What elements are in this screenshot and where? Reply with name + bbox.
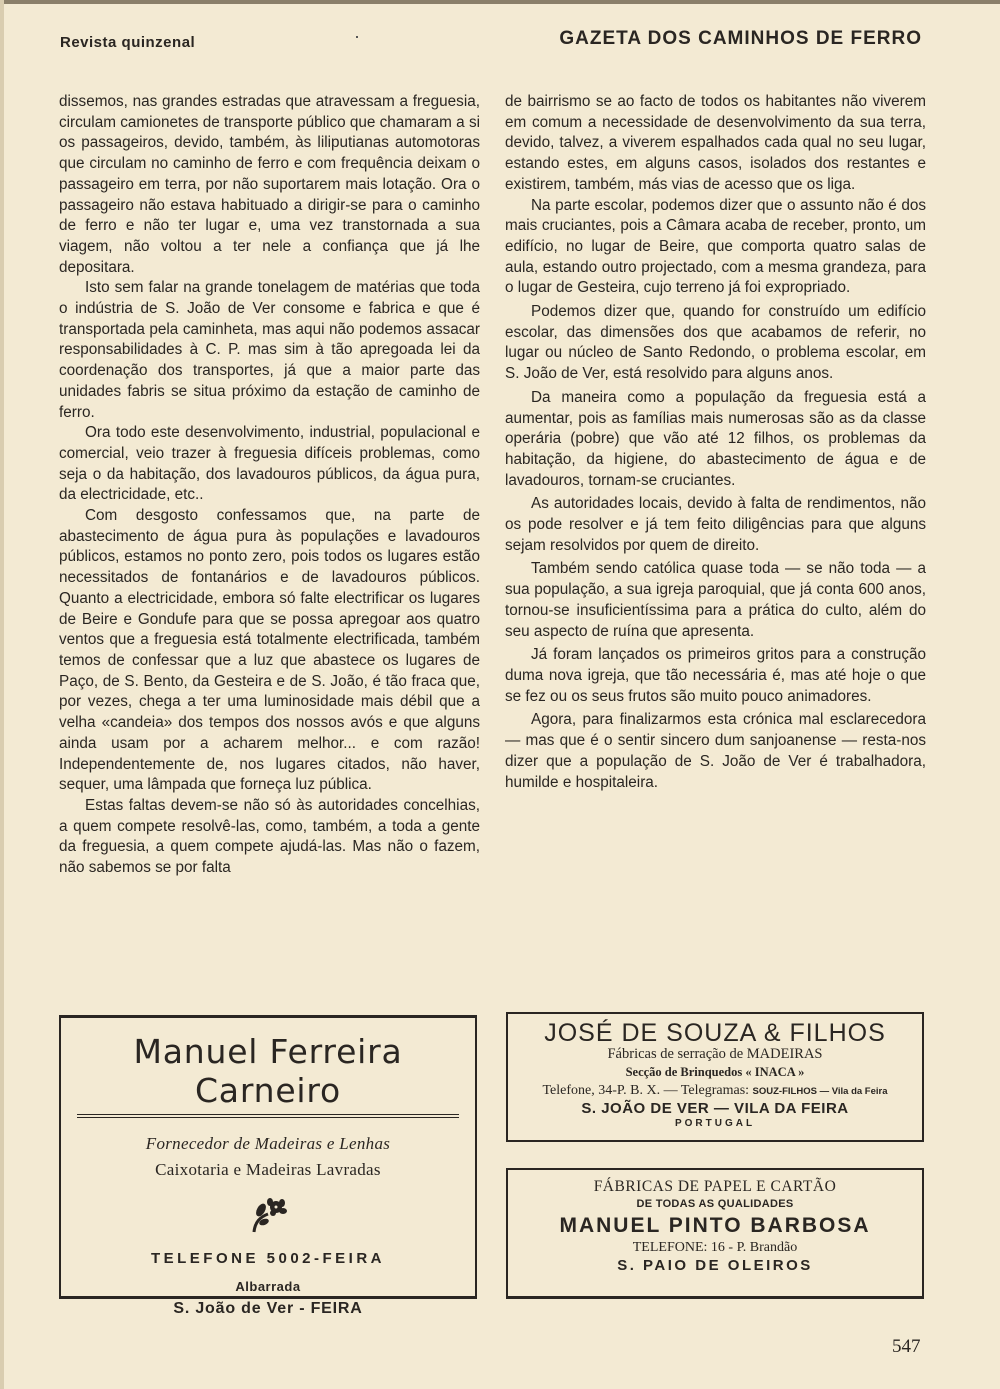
ad-place: S. PAIO DE OLEIROS <box>508 1257 922 1274</box>
ad-jose-de-souza: JOSÉ DE SOUZA & FILHOS Fábricas de serra… <box>506 1012 924 1142</box>
ad-phone: TELEFONE 5002-FEIRA <box>61 1250 475 1267</box>
paragraph: Com desgosto confessamos que, na parte d… <box>59 506 480 796</box>
paragraph: Na parte escolar, podemos dizer que o as… <box>505 196 926 300</box>
paragraph: Isto sem falar na grande tonelagem de ma… <box>59 278 480 423</box>
paragraph: Estas faltas devem-se não só às autorida… <box>59 796 480 879</box>
ad-country: PORTUGAL <box>508 1118 922 1129</box>
ad-manuel-ferreira-carneiro: Manuel Ferreira Carneiro Fornecedor de M… <box>59 1015 477 1299</box>
ad-contact: Telefone, 34-P. B. X. — Telegramas: SOUZ… <box>508 1083 922 1099</box>
ad-place: S. JOÃO DE VER — VILA DA FEIRA <box>508 1100 922 1117</box>
ad-line: Fornecedor de Madeiras e Lenhas <box>61 1134 475 1154</box>
ad-rule <box>77 1114 459 1118</box>
paragraph: Agora, para finalizarmos esta crónica ma… <box>505 710 926 793</box>
column-right: de bairrismo se ao facto de todos os hab… <box>505 92 926 793</box>
ad-line: FÁBRICAS DE PAPEL E CARTÃO <box>508 1178 922 1196</box>
paragraph: As autoridades locais, devido à falta de… <box>505 494 926 556</box>
scan-top-edge <box>0 0 1000 4</box>
ad-line: Secção de Brinquedos « INACA » <box>508 1065 922 1080</box>
running-header: Revista quinzenal GAZETA DOS CAMINHOS DE… <box>60 28 922 54</box>
ad-phone: TELEFONE: 16 - P. Brandão <box>508 1240 922 1256</box>
ad-title: MANUEL PINTO BARBOSA <box>508 1214 922 1238</box>
paragraph: Já foram lançados os primeiros gritos pa… <box>505 645 926 707</box>
ad-manuel-pinto-barbosa: FÁBRICAS DE PAPEL E CARTÃO DE TODAS AS Q… <box>506 1168 924 1299</box>
paragraph: Podemos dizer que, quando for construído… <box>505 302 926 385</box>
paragraph: Também sendo católica quase toda — se nã… <box>505 559 926 642</box>
header-left: Revista quinzenal <box>60 34 195 51</box>
ad-contact-main: Telefone, 34-P. B. X. — Telegramas: <box>542 1083 752 1098</box>
ad-line: Caixotaria e Madeiras Lavradas <box>61 1160 475 1180</box>
paragraph: dissemos, nas grandes estradas que atrav… <box>59 92 480 278</box>
scan-left-edge <box>0 0 4 1389</box>
ad-line: Fábricas de serração de MADEIRAS <box>508 1046 922 1063</box>
ad-line: DE TODAS AS QUALIDADES <box>508 1198 922 1210</box>
header-right: GAZETA DOS CAMINHOS DE FERRO <box>559 28 922 50</box>
page-number: 547 <box>892 1336 921 1358</box>
paragraph: Da maneira como a população da freguesia… <box>505 388 926 492</box>
ad-place: Albarrada <box>61 1279 475 1294</box>
ad-title: JOSÉ DE SOUZA & FILHOS <box>508 1019 922 1048</box>
ad-title: Manuel Ferreira Carneiro <box>61 1032 475 1110</box>
header-mark <box>356 36 358 38</box>
paragraph: de bairrismo se ao facto de todos os hab… <box>505 92 926 196</box>
paragraph: Ora todo este desenvolvimento, industria… <box>59 423 480 506</box>
column-left: dissemos, nas grandes estradas que atrav… <box>59 92 480 879</box>
ad-place: S. João de Ver - FEIRA <box>61 1300 475 1318</box>
flower-icon <box>248 1198 288 1234</box>
ad-contact-small: SOUZ-FILHOS — Vila da Feira <box>753 1086 888 1097</box>
